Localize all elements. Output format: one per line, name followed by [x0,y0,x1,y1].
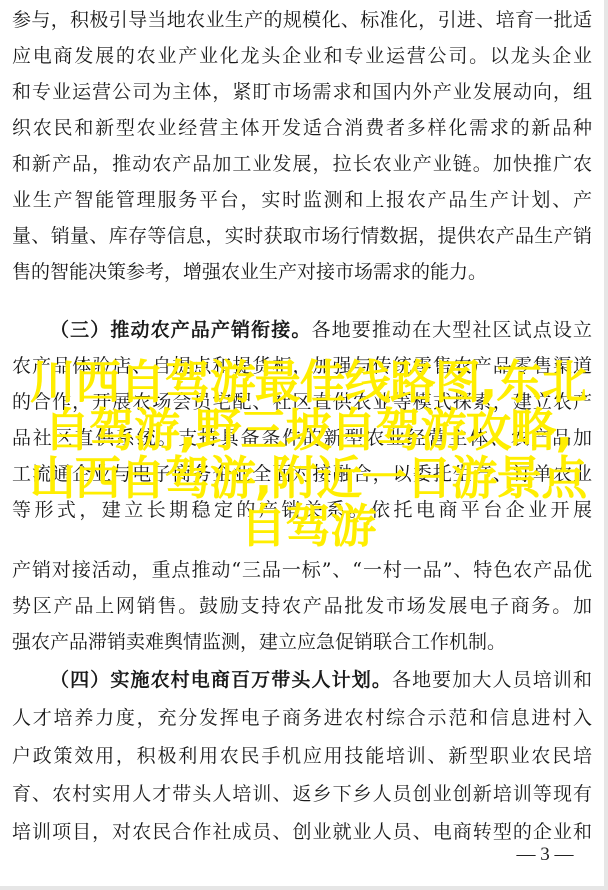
page-number: — 3 — [505,843,585,867]
body-line-2: 应电商发展的农业产业化龙头企业和专业运营公司。以龙头企业 [12,44,592,68]
body-line-3: 和专业运营公司为主体，紧盯市场需求和国内外产业发展动向，组 [12,80,592,104]
body-line-1: 参与，积极引导当地农业生产的规模化、标准化，引进、培育一批适 [12,8,592,32]
section-3-line-3: 品社区直供系统。支持具备条件的新型农业经营主体、农产品加 [12,426,592,450]
section-3-first-line-text: 各地要推动在大型社区试点设立 [312,319,593,341]
section-4-line-4: 培训项目，对农民合作社成员、创业就业人员、电商转型的企业和 [12,820,592,844]
section-4-first-line-text: 各地要加大人员培训和 [392,669,592,691]
section-3-line-8: 强农产品滞销卖难舆情监测，建立应急促销联合工作机制。 [12,630,592,654]
section-4-line-1: 人才培养力度，充分发挥电子商务进农村综合示范和信息进村入 [12,706,592,730]
section-3-line-6: 产销对接活动，重点推动“三品一标”、“一村一品”、特色农产品优 [12,558,592,582]
document-page: 参与，积极引导当地农业生产的规模化、标准化，引进、培育一批适 应电商发展的农业产… [0,0,608,890]
body-line-8: 售的智能决策参考，增强农业生产对接市场需求的能力。 [12,260,592,284]
section-4-line-2: 户政策效用，积极利用农民手机应用技能培训、新型职业农民培 [12,744,592,768]
section-3-line-7: 势区产品上网销售。鼓励支持农产品批发市场发展电子商务。加 [12,594,592,618]
section-3-line-1: 农产品体验店、自提点和提货柜，加强与传统零售农产品零售渠道 [12,354,592,378]
body-line-6: 业生产智能管理服务平台，实时监测和上报农产品生产计划、产 [12,188,592,212]
section-4-first-line: （四）实施农村电商百万带头人计划。各地要加大人员培训和 [50,668,592,692]
body-line-4: 织农民和新型农业经营主体开发适合消费者多样化需求的新品种 [12,116,592,140]
section-3-line-2: 的合作，开展农场会员宅配、社区直供农业等模式探索，建立农产 [12,390,592,414]
section-4-line-3: 育、农村实用人才带头人培训、返乡下乡人员创业创新培训等现有 [12,782,592,806]
section-3-first-line: （三）推动农产品产销衔接。各地要推动在大型社区试点设立 [50,318,592,342]
section-3-line-4: 工流通企业与电子商务企业全面对接融合，以委托生产、订单农业 [12,462,592,486]
body-line-7: 量、销量、库存等信息，实时获取市场行情数据，提供农产品生产销 [12,224,592,248]
section-4-heading: （四）实施农村电商百万带头人计划。 [50,669,392,691]
section-3-heading: （三）推动农产品产销衔接。 [50,319,312,341]
body-line-5: 和新产品，推动农产品加工业发展，拉长农业产业链。加快推广农 [12,152,592,176]
section-3-line-5: 等形式，建立长期稳定的产销关系。依托电商平台企业开展 [12,498,592,522]
